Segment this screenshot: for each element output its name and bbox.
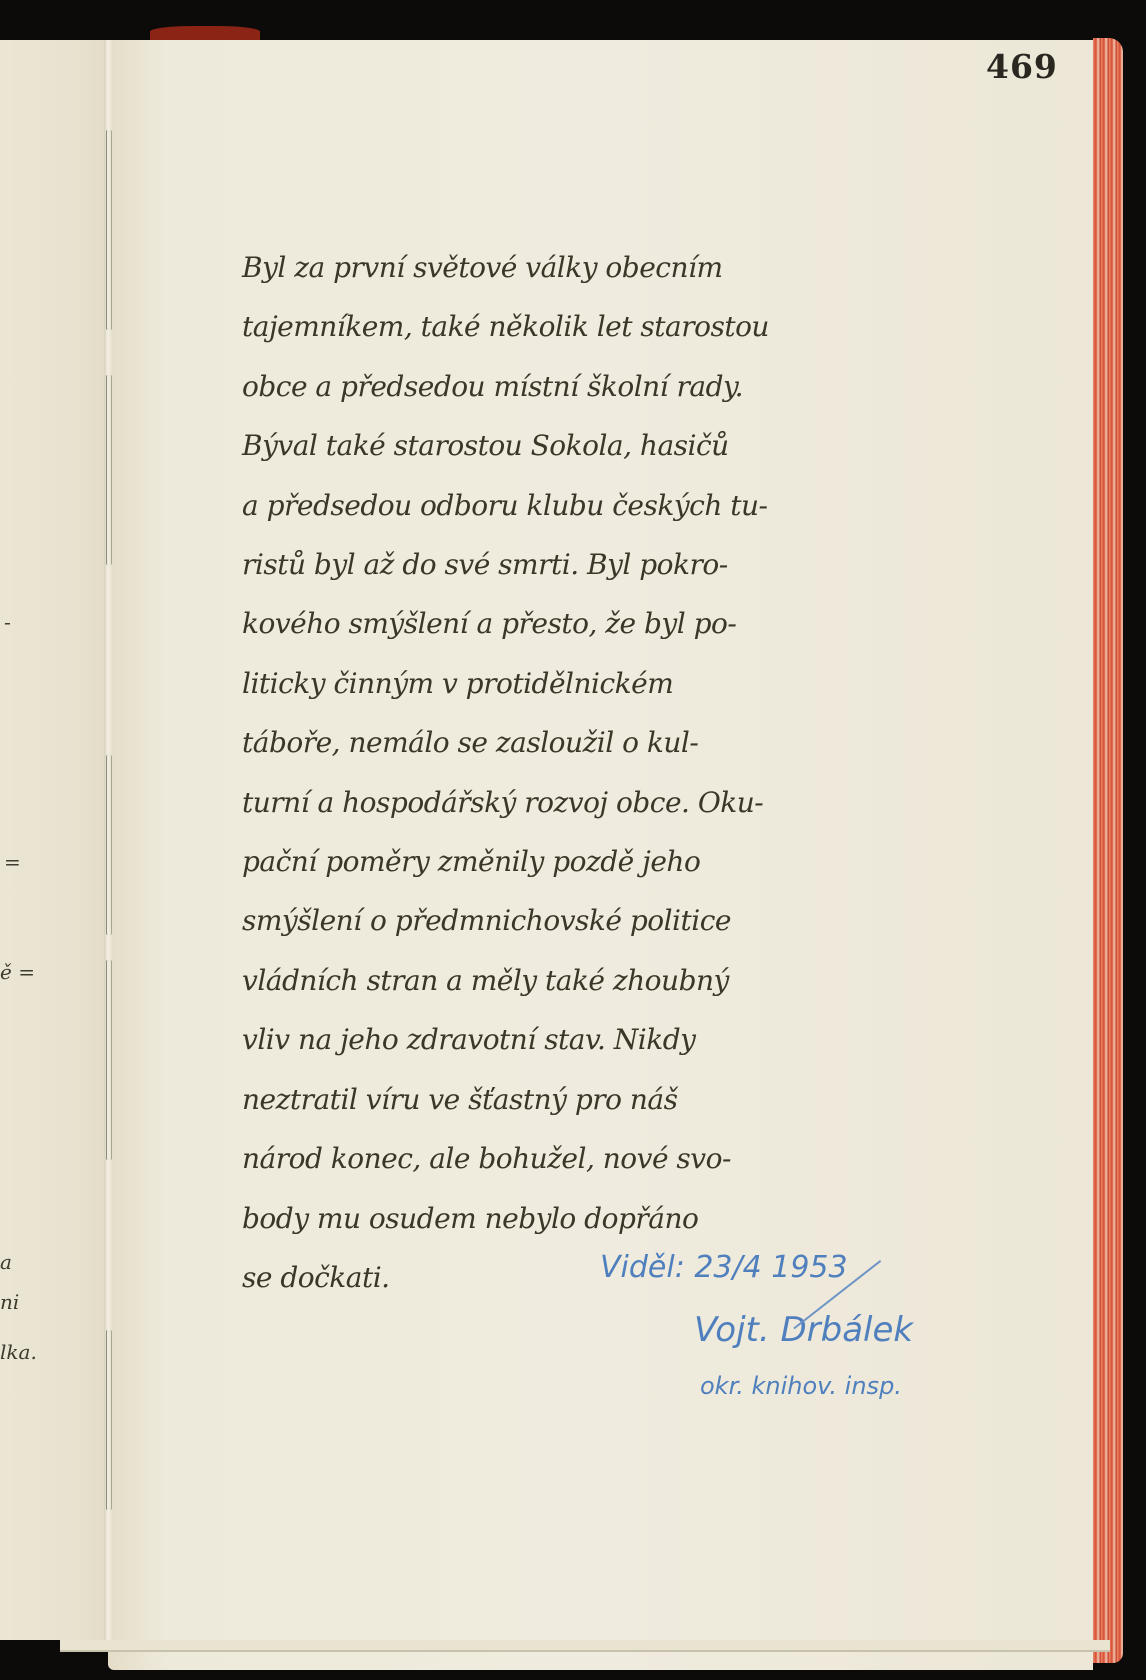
text-line: smýšlení o předmnichovské politice: [242, 891, 882, 950]
text-line: vládních stran a měly také zhoubný: [242, 951, 882, 1010]
handwritten-body: Byl za první světové války obecním tajem…: [242, 238, 882, 1307]
binding-stitch: [106, 755, 112, 935]
text-line: body mu osudem nebylo dopřáno: [242, 1189, 882, 1248]
text-line: a předsedou odboru klubu českých tu-: [242, 476, 882, 535]
left-page-fragment: ě =: [0, 960, 35, 984]
binding-stitch: [106, 1330, 112, 1510]
text-line: liticky činným v protidělnickém: [242, 654, 882, 713]
text-line: tajemníkem, také několik let starostou: [242, 297, 882, 356]
inspection-date: Viděl: 23/4 1953: [600, 1250, 848, 1285]
binding-stitch: [106, 960, 112, 1160]
book-cover-edge: [150, 26, 260, 40]
binding-stitch: [106, 130, 112, 330]
left-page-fragment: -: [4, 610, 11, 634]
text-line: táboře, nemálo se zasloužil o kul-: [242, 713, 882, 772]
page-bottom-edge: [60, 1640, 1110, 1652]
text-line: kového smýšlení a přesto, že byl po-: [242, 594, 882, 653]
text-line: národ konec, ale bohužel, nové svo-: [242, 1129, 882, 1188]
page-edges-red: [1093, 38, 1123, 1663]
inspector-signature: Vojt. Drbálek: [694, 1310, 913, 1350]
left-page-fragment: ni: [0, 1290, 19, 1314]
binding-stitch: [106, 375, 112, 565]
page-number: 469: [986, 47, 1058, 86]
inspector-role: okr. knihov. insp.: [700, 1372, 902, 1400]
text-line: ristů byl až do své smrti. Byl pokro-: [242, 535, 882, 594]
text-line: obce a předsedou místní školní rady.: [242, 357, 882, 416]
text-line: vliv na jeho zdravotní stav. Nikdy: [242, 1010, 882, 1069]
text-line: turní a hospodářský rozvoj obce. Oku-: [242, 773, 882, 832]
left-page-fragment: =: [4, 850, 21, 874]
text-line: Býval také starostou Sokola, hasičů: [242, 416, 882, 475]
left-page: - = ě = a ni lka.: [0, 40, 108, 1640]
text-line: Byl za první světové války obecním: [242, 238, 882, 297]
left-page-fragment: a: [0, 1250, 12, 1274]
left-page-fragment: lka.: [0, 1340, 37, 1364]
text-line: neztratil víru ve šťastný pro náš: [242, 1070, 882, 1129]
text-line: pační poměry změnily pozdě jeho: [242, 832, 882, 891]
